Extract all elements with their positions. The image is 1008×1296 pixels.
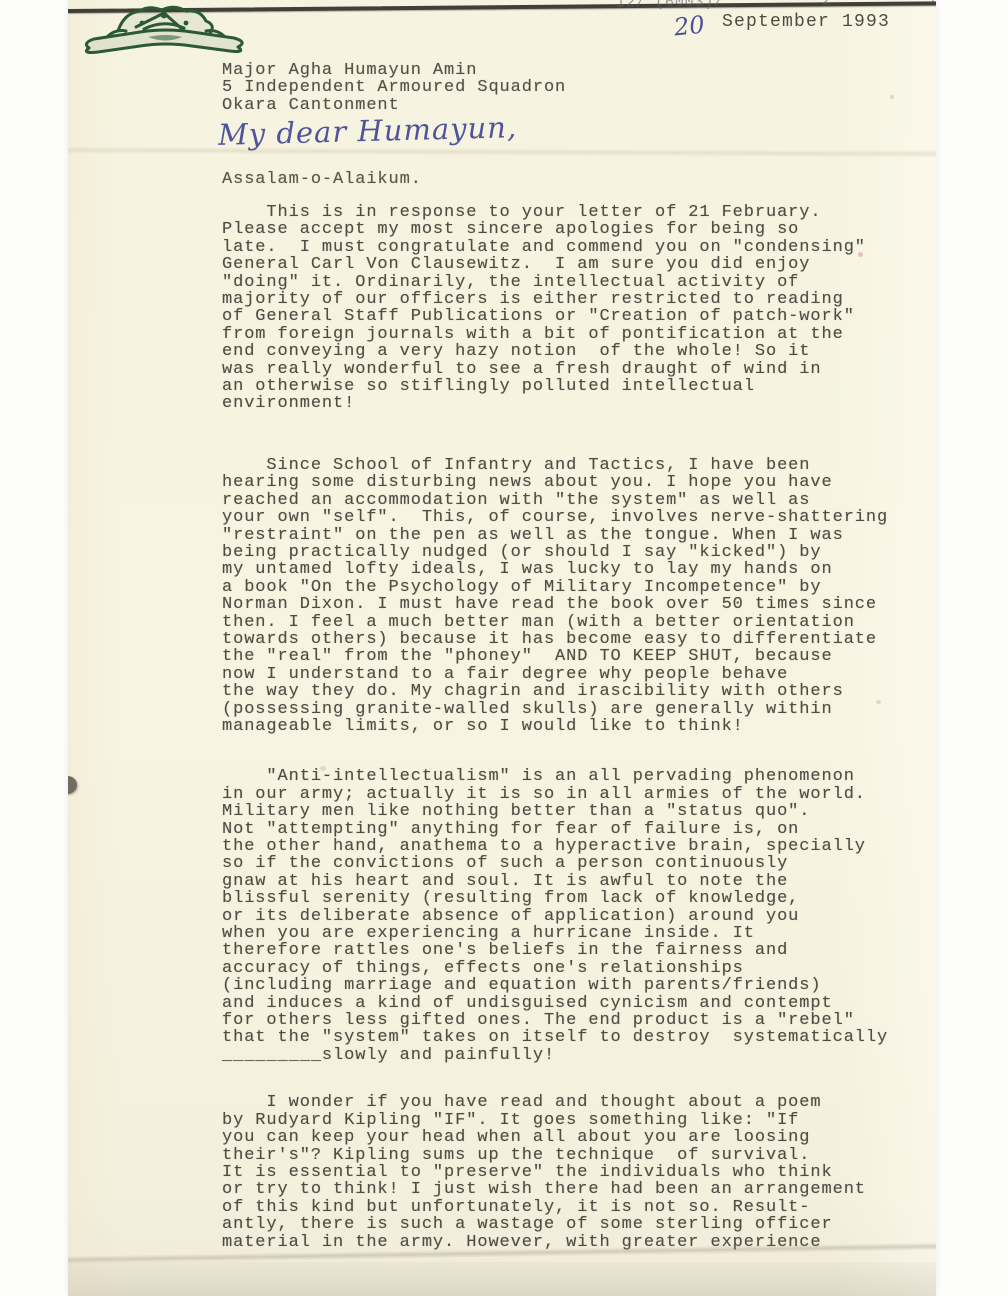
handwritten-salutation: My dear Humayun, [218, 110, 518, 152]
greeting-line: Assalam-o-Alaikum. [222, 170, 422, 189]
scan-bottom-shade [68, 1262, 936, 1296]
paragraph-1: This is in response to your letter of 21… [222, 204, 928, 413]
paper-speck [890, 95, 894, 99]
recipient-address: Major Agha Humayun Amin 5 Independent Ar… [222, 62, 566, 114]
paragraph-3: "Anti-intellectualism" is an all pervadi… [222, 768, 928, 1064]
scanned-letter-canvas: 12/ (6003)/ 2 /-- 20 September 1993 Majo… [0, 0, 1008, 1296]
paper-speck [320, 766, 326, 771]
regimental-crest-icon [78, 3, 254, 63]
paper-crease-top [68, 146, 936, 158]
paragraph-2: Since School of Infantry and Tactics, I … [222, 457, 928, 736]
paper-speck [858, 252, 863, 257]
paper-tear-mark [68, 776, 77, 794]
letter-page: 12/ (6003)/ 2 /-- 20 September 1993 Majo… [68, 0, 936, 1296]
letter-body: This is in response to your letter of 21… [222, 204, 928, 1251]
paper-speck [876, 700, 881, 704]
paragraph-4: I wonder if you have read and thought ab… [222, 1094, 928, 1251]
handwritten-date-day: 20 [673, 10, 706, 41]
reference-number-faint: 12/ (6003)/ 2 /-- [616, 0, 936, 12]
typed-date: September 1993 [722, 12, 890, 32]
